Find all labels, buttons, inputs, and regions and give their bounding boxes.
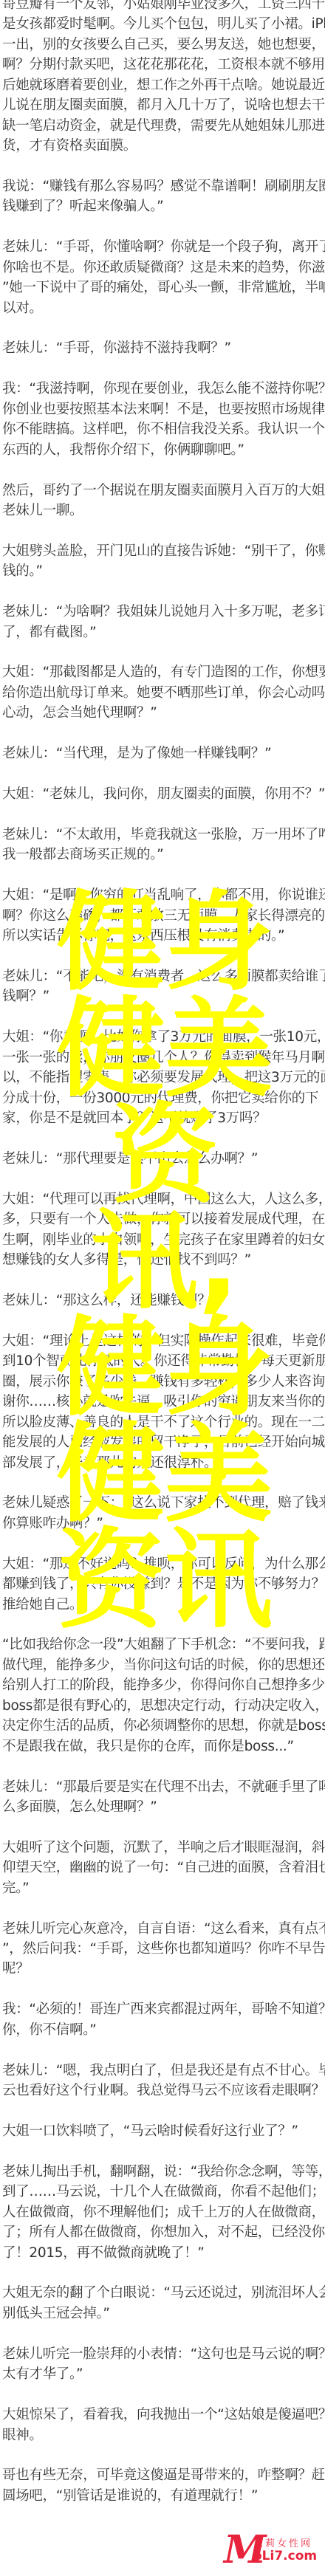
article-paragraph: 大姐：“老妹儿，我问你，朋友圈卖的面膜，你用不？” [2, 784, 324, 804]
text-line: 以对。 [2, 298, 324, 318]
article-paragraph: 大姐：“是啊，你穷的叮当乱响了，你都不用，你说谁还会用啊？你这么磕碜，都不敢敷三… [2, 885, 324, 946]
article-paragraph: 我：“我滋持啊，你现在要创业，我怎么能不滋持你呢？但是你创业也要按照基本法来啊！… [2, 379, 324, 460]
text-line: 老妹儿：“为啥啊？我姐妹儿说她月入十多万呢，老多订单 [2, 602, 324, 622]
text-line: 我一般都去商场买正规的。” [2, 845, 324, 865]
article-paragraph: 老妹儿：“嗯，我点明白了，但是我还是有点不甘心。毕竟马云也看好这个行业啊。我总觉… [2, 2061, 324, 2101]
text-line: 一张一张的卖，你朋友圈几个人？你得卖到猴年马月啊？所 [2, 1048, 324, 1068]
text-line: 生啊，刚毕业的小白领啊，生完孩子在家里蹲着的妇女啊…… [2, 1230, 324, 1250]
text-line: 大姐听了这个问题，沉默了，半响之后才眼眶湿润，斜上45° [2, 1838, 324, 1858]
text-line: 我：“必须的！哥连广西来宾都混过两年，哥啥不知道？告诉 [2, 1999, 324, 2019]
text-line: 了；所有人都在做微商，你想加入，对不起，已经没你的市场 [2, 2222, 324, 2242]
article-paragraph: 大姐：“你看啊，比如你拿了3万元的面膜，一张10元，你要一张一张的卖，你朋友圈几… [2, 1027, 324, 1128]
article-paragraph: “比如我给你念一段”大姐翻了下手机念：“不要问我，跟我做代理，能挣多少，当你问这… [2, 1635, 324, 1756]
text-line: 不是跟我在做，我只是你的仓库，而你是boss...” [2, 1737, 324, 1756]
text-line: 大姐：“老妹儿，我问你，朋友圈卖的面膜，你用不？” [2, 784, 324, 804]
article-paragraph: 大姐劈头盖脸，开门见山的直接告诉她：“别干了，你赚不到钱的。” [2, 541, 324, 582]
text-line: 做代理，能挣多少，当你问这句话的时候，你的思想还停留在 [2, 1655, 324, 1675]
text-line: 完。” [2, 1878, 324, 1898]
text-line: 老妹儿疑惑了一下：“这么说下家找不到代理，赔了钱来找 [2, 1493, 324, 1513]
text-line: 老妹儿：“嗯，我点明白了，但是我还是有点不甘心。毕竟马 [2, 2061, 324, 2081]
text-line: 是女孩都爱时髦啊。今儿买个包包，明儿买了小裙。iPhone6 [2, 14, 324, 34]
text-line: 了！2015，再不做微商就晚了！” [2, 2243, 324, 2263]
text-line: 圆场吧，“别管话是谁说的，有道理就行！” [2, 2486, 324, 2506]
text-line: 老妹儿：“不太敢用，毕竟我就这一张脸，万一用坏了咋办？ [2, 825, 324, 845]
text-line: 所以实话告诉你吧，这东西压根没有消费者的。” [2, 926, 324, 946]
article-paragraph: 老妹儿：“手哥，你懂啥啊？你就是一个段子狗，离开了网络你啥也不是。你还敢质疑微商… [2, 237, 324, 318]
text-line: 儿说在朋友圈卖面膜，都月入几十万了，说啥也想去干，但是 [2, 95, 324, 115]
logo-domain: oLi7.com [253, 2549, 317, 2563]
text-line: 以，不能指望零售，你必须要发展代理，把这3万元的面膜， [2, 1068, 324, 1088]
text-line: 家，你是不是就回本了？这不就赚了3万吗？ [2, 1108, 324, 1128]
text-line: 多，只要有一个人去做，你就可以接着发展成代理，在校女学 [2, 1209, 324, 1229]
text-line: 老妹儿：“不能吧，没有消费者，这么多面膜都卖给谁了？怎么赚 [2, 966, 324, 986]
article-paragraph: 大姐：“代理可以再找代理啊，中国这么大，人这么多，傻逼也多，只要有一个人去做，你… [2, 1189, 324, 1271]
article-paragraph: 我：“必须的！哥连广西来宾都混过两年，哥啥不知道？告诉你，你不信啊。” [2, 1999, 324, 2040]
text-line: 大姐惊呆了，看着我，向我抛出一个“这姑娘是傻逼吧？”的 [2, 2405, 324, 2425]
text-line: 圈，展示你赚了多少钱，赚钱有多轻松，多少人来咨询，感 [2, 1372, 324, 1392]
article-paragraph: 老妹儿：“不能吧，没有消费者，这么多面膜都卖给谁了？怎么赚钱啊？” [2, 966, 324, 1007]
text-line: 大姐无奈的翻了个白眼说：“马云还说过，别流泪坏人会笑， [2, 2283, 324, 2303]
text-line: 想赚钱的女人多得是，你还怕找不到吗？” [2, 1250, 324, 1270]
article-paragraph: 老妹儿听完心灰意冷，自言自语：“这么看来，真有点不靠谱”，然后问我：“手哥，这些… [2, 1919, 324, 1979]
text-line: 老妹儿听完一脸崇拜的小表情：“这句也是马云说的啊？马云 [2, 2344, 324, 2364]
text-line: 你，你不信啊。” [2, 2020, 324, 2040]
text-line: 钱的。” [2, 561, 324, 581]
text-line: 了，都有截图。” [2, 622, 324, 642]
text-line: 你不能瞎搞。这样吧，你不相信我没关系。我认识一个搞过这 [2, 419, 324, 439]
text-line: 老妹儿听完心灰意冷，自言自语：“这么看来，真有点不靠谱 [2, 1919, 324, 1939]
article-paragraph: 老妹儿听完一脸崇拜的小表情：“这句也是马云说的啊？马云太有才华了。” [2, 2344, 324, 2385]
text-line: 大姐：“是啊，你穷的叮当乱响了，你都不用，你说谁还会用 [2, 885, 324, 905]
text-line: 仰望天空，幽幽的说了一句：“自己进的面膜，含着泪也得敷 [2, 1858, 324, 1878]
text-line: 你创业也要按照基本法来啊！不是，也要按照市场规律来啊， [2, 399, 324, 419]
article-paragraph: 老妹儿：“不太敢用，毕竟我就这一张脸，万一用坏了咋办？我一般都去商场买正规的。” [2, 825, 324, 865]
text-line: 所以脸皮薄、善良的人是干不了这个行业的。现在一二线城市 [2, 1412, 324, 1432]
text-line: boss都是很有野心的，思想决定行动，行动决定收入，收入 [2, 1696, 324, 1716]
text-line: 大姐：“代理可以再找代理啊，中国这么大，人这么多，傻逼也 [2, 1189, 324, 1209]
site-logo[interactable]: M 茉莉女性网 oLi7.com [224, 2531, 316, 2569]
article-paragraph: 老妹儿疑惑了一下：“这么说下家找不到代理，赔了钱来找你算账咋办啊？” [2, 1493, 324, 1533]
article-paragraph: 大姐听了这个问题，沉默了，半响之后才眼眶湿润，斜上45°仰望天空，幽幽的说了一句… [2, 1838, 324, 1898]
text-line: 眼神。 [2, 2425, 324, 2445]
article-paragraph: 老妹儿：“手哥，你滋持不滋持我啊？” [2, 338, 324, 358]
text-line: 货，才有资格卖面膜。 [2, 136, 324, 156]
article-paragraph: 哥豆瓣有一个友邻，小姑娘刚毕业没多久，工资三四千吧，可是女孩都爱时髦啊。今儿买个… [2, 0, 324, 157]
article-body: 哥豆瓣有一个友邻，小姑娘刚毕业没多久，工资三四千吧，可是女孩都爱时髦啊。今儿买个… [2, 0, 324, 2527]
text-line: 云也看好这个行业啊。我总觉得马云不应该看走眼啊？” [2, 2081, 324, 2101]
text-line: 我：“我滋持啊，你现在要创业，我怎么能不滋持你呢？但是 [2, 379, 324, 399]
text-line: 你算账咋办啊？” [2, 1514, 324, 1533]
article-paragraph: 我说：“赚钱有那么容易吗？感觉不靠谱啊！刷刷朋友圈就把钱赚到了？听起来像骗人。” [2, 176, 324, 217]
article-paragraph: 大姐：“理论上是这样的，但实际操作起来很难，毕竟你需要找到10个智商比你低的人。… [2, 1331, 324, 1473]
article-paragraph: 大姐无奈的翻了个白眼说：“马云还说过，别流泪坏人会笑，别低头王冠会掉。” [2, 2283, 324, 2323]
text-line: 老妹儿一聊。 [2, 501, 324, 521]
text-line: 决定你生活的品质，你必须调整你的思想，你就是boss，你 [2, 1716, 324, 1736]
text-line: 你啥也不是。你还敢质疑微商？这是未来的趋势，你滋道不？ [2, 258, 324, 278]
text-line: 一出，别的女孩要么自己买，要么男友送，她也想要，咋整 [2, 35, 324, 55]
article-paragraph: 大姐惊呆了，看着我，向我抛出一个“这姑娘是傻逼吧？”的眼神。 [2, 2405, 324, 2445]
text-line: 大姐一口饮料喷了，“马云啥时候看好这行业了？” [2, 2121, 324, 2141]
article-paragraph: 大姐一口饮料喷了，“马云啥时候看好这行业了？” [2, 2121, 324, 2141]
text-line: 谢你……核心就是吹牛逼，吸引你的穷逼朋友来当你的代理。 [2, 1392, 324, 1412]
text-line: 到10个智商比你低的人。你还得非常勤快，每天更新朋友 [2, 1351, 324, 1371]
text-line: 大姐：“那截图都是人造的，有专门造图的工作，你想要我能 [2, 662, 324, 682]
text-line: 老妹儿：“手哥，你懂啥啊？你就是一个段子狗，离开了网络 [2, 237, 324, 257]
article-paragraph: 大姐：“那还不好说吗？推呗，你可以反问，为什么那么多人都赚到钱了，只有你没赚到？… [2, 1554, 324, 1615]
text-line: 然后，哥约了一个据说在朋友圈卖面膜月入百万的大姐出来和 [2, 481, 324, 501]
text-line: “比如我给你念一段”大姐翻了下手机念：“不要问我，跟我 [2, 1635, 324, 1655]
article-paragraph: 老妹儿掏出手机，翻啊翻，说：“我给你念念啊，等等，我找到了……马云说，十几个人在… [2, 2162, 324, 2263]
text-line: 都赚到钱了，只有你没赚到？是不是因为你不够努力？把责任 [2, 1574, 324, 1594]
text-line: 给别人打工的阶段，能挣多少，你得问你自己想挣多少， [2, 1675, 324, 1695]
text-line: 大姐劈头盖脸，开门见山的直接告诉她：“别干了，你赚不到 [2, 541, 324, 561]
article-paragraph: 老妹儿：“那这么样，还能赚钱啊？” [2, 1291, 324, 1311]
text-line: 老妹儿：“那最后要是实在代理不出去，不就砸手里了吗？那 [2, 1777, 324, 1797]
text-line: ”，然后问我：“手哥，这些你也都知道吗？你咋不早告诉我 [2, 1939, 324, 1959]
logo-site-name: 茉莉女性网 [253, 2535, 312, 2549]
text-line: 大姐：“那还不好说吗？推呗，你可以反问，为什么那么多人 [2, 1554, 324, 1574]
text-line: 大姐：“理论上是这样的，但实际操作起来很难，毕竟你需要找 [2, 1331, 324, 1351]
text-line: 东西的人，我帮你介绍下，你俩聊聊吧。” [2, 440, 324, 460]
text-line: 哥豆瓣有一个友邻，小姑娘刚毕业没多久，工资三四千吧，可 [2, 0, 324, 14]
article-paragraph: 老妹儿：“当代理，是为了像她一样赚钱啊？” [2, 743, 324, 763]
text-line: 太有才华了。” [2, 2364, 324, 2384]
article-paragraph: 哥也有些无奈，可毕竟这傻逼是哥带来的，咋整啊？赶紧打个圆场吧，“别管话是谁说的，… [2, 2465, 324, 2506]
article-paragraph: 大姐：“那截图都是人造的，有专门造图的工作，你想要我能给你造出航母订单来。她要不… [2, 662, 324, 723]
text-line: 呢？ [2, 1959, 324, 1979]
article-paragraph: 老妹儿：“为啥啊？我姐妹儿说她月入十多万呢，老多订单了，都有截图。” [2, 602, 324, 642]
text-line: 后她就琢磨着要创业，想工作之外再干点啥。她说最近她姐妹 [2, 75, 324, 95]
text-line: 钱赚到了？听起来像骗人。” [2, 196, 324, 216]
text-line: 我说：“赚钱有那么容易吗？感觉不靠谱啊！刷刷朋友圈就把 [2, 176, 324, 196]
text-line: ”她一下说中了哥的痛处，哥心头一颤，非常尴尬，半响无言 [2, 278, 324, 298]
text-line: 老妹儿：“那这么样，还能赚钱啊？” [2, 1291, 324, 1311]
article-paragraph: 然后，哥约了一个据说在朋友圈卖面膜月入百万的大姐出来和老妹儿一聊。 [2, 481, 324, 521]
text-line: 心动，怎会当她代理啊？” [2, 703, 324, 723]
text-line: 分成十份，一份3000元的代理费，你把它卖给你的下 [2, 1088, 324, 1108]
text-line: 能发展的人已经被发展的留干净了，目前已经开始向城乡结合 [2, 1432, 324, 1452]
text-line: 到了……马云说，十几个人在做微商，你看不起他们；几百个 [2, 2182, 324, 2202]
text-line: 缺一笔启动资金，就是代理费，需要先从她姐妹儿那进一批 [2, 116, 324, 136]
text-line: 老妹儿掏出手机，翻啊翻，说：“我给你念念啊，等等，我找 [2, 2162, 324, 2182]
article-paragraph: 老妹儿：“那代理要是卖不出去怎么办啊？” [2, 1149, 324, 1169]
text-line: 推给她自己。” [2, 1595, 324, 1615]
text-line: 啊？你这么磕碜，都不敢敷三无面膜，人家长得漂亮的敢吗？ [2, 906, 324, 926]
text-line: 人在做微商，你不理解他们；成千上万的人在做微商，你心动 [2, 2202, 324, 2222]
text-line: 大姐：“你看啊，比如你拿了3万元的面膜，一张10元，你要 [2, 1027, 324, 1047]
text-line: 啊？分期付款买吧，这花花那花花，工资根本就不够用啊。然 [2, 55, 324, 75]
text-line: 钱啊？” [2, 986, 324, 1006]
text-line: 给你造出航母订单来。她要不晒那些订单，你会心动吗？你不 [2, 683, 324, 703]
text-line: 别低头王冠会掉。” [2, 2304, 324, 2323]
text-line: 么多面膜，怎么处理啊？” [2, 1797, 324, 1817]
text-line: 哥也有些无奈，可毕竟这傻逼是哥带来的，咋整啊？赶紧打个 [2, 2465, 324, 2485]
text-line: 老妹儿：“那代理要是卖不出去怎么办啊？” [2, 1149, 324, 1169]
text-line: 老妹儿：“当代理，是为了像她一样赚钱啊？” [2, 743, 324, 763]
text-line: 老妹儿：“手哥，你滋持不滋持我啊？” [2, 338, 324, 358]
article-paragraph: 老妹儿：“那最后要是实在代理不出去，不就砸手里了吗？那么多面膜，怎么处理啊？” [2, 1777, 324, 1818]
text-line: 部发展了，毕竟那儿的人还很淳朴。 [2, 1453, 324, 1473]
